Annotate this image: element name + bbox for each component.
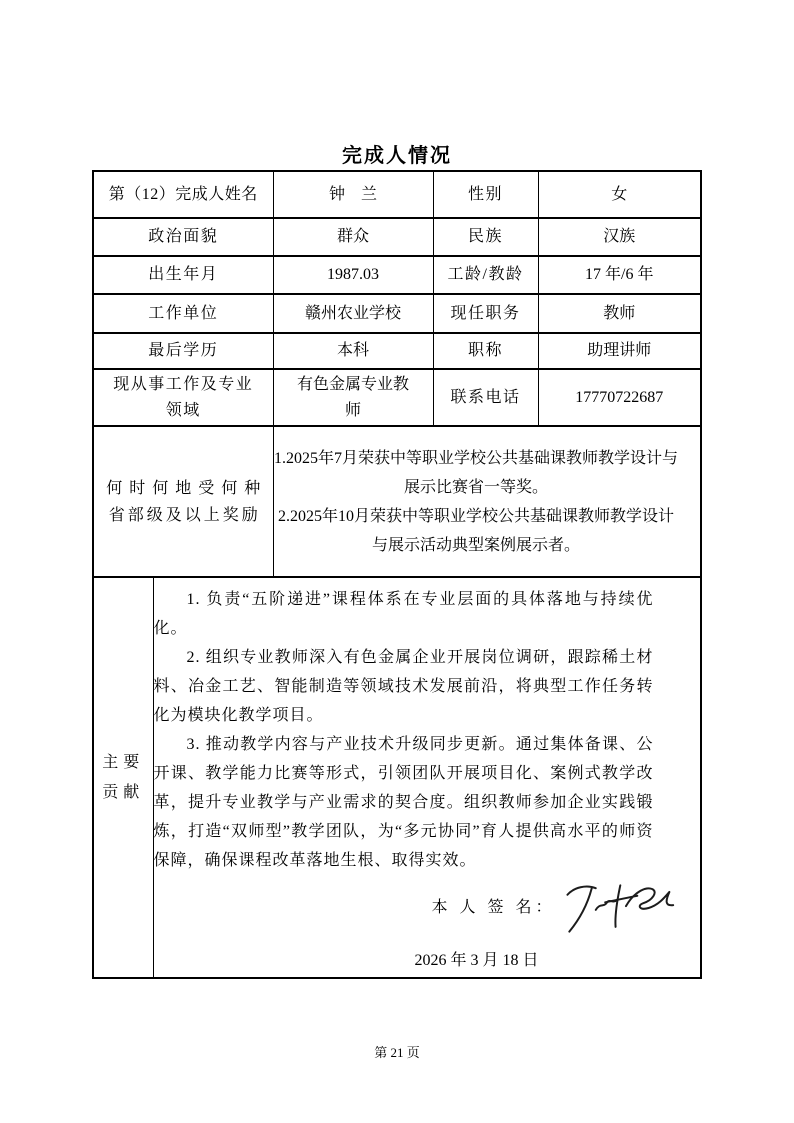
table-row: 政治面貌 群众 民族 汉族 (93, 218, 701, 256)
table-row: 现从事工作及专业领域 有色金属专业教师 联系电话 17770722687 (93, 369, 701, 426)
signature-date: 2026 年 3 月 18 日 (414, 948, 538, 974)
field-label: 民族 (433, 218, 538, 256)
field-label: 联系电话 (433, 369, 538, 426)
awards-list: 1.2025年7月荣获中等职业学校公共基础课教师教学设计与展示比赛省一等奖。 2… (274, 444, 679, 560)
table-row: 最后学历 本科 职称 助理讲师 (93, 333, 701, 369)
field-value: 女 (538, 171, 701, 218)
field-label: 现从事工作及专业领域 (93, 369, 273, 426)
field-value: 钟 兰 (273, 171, 433, 218)
contribution-paragraph: 1. 负责“五阶递进”课程体系在专业层面的具体落地与持续优化。 (154, 585, 654, 643)
awards-row: 何时何地受何种 省部级及以上奖励 1.2025年7月荣获中等职业学校公共基础课教… (93, 426, 701, 577)
field-label: 最后学历 (93, 333, 273, 369)
awards-label-line: 省部级及以上奖励 (94, 502, 273, 529)
award-item: 2.2025年10月荣获中等职业学校公共基础课教师教学设计与展示活动典型案例展示… (274, 502, 679, 560)
field-label: 工作单位 (93, 294, 273, 333)
contributions-row: 主要贡献 1. 负责“五阶递进”课程体系在专业层面的具体落地与持续优化。 2. … (93, 577, 701, 978)
field-label: 工龄/教龄 (433, 256, 538, 294)
contributions-label-text: 主要贡献 (97, 748, 149, 808)
field-value: 赣州农业学校 (273, 294, 433, 333)
field-value: 1987.03 (273, 256, 433, 294)
document-page: 完成人情况 第（12）完成人姓名 钟 兰 性别 女 政治面貌 群众 民族 汉族 … (0, 0, 794, 1123)
page-title: 完成人情况 (0, 139, 794, 168)
field-value: 17 年/6 年 (538, 256, 701, 294)
handwritten-signature-scrawl (558, 879, 676, 937)
field-label: 出生年月 (93, 256, 273, 294)
field-value: 本科 (273, 333, 433, 369)
signature-row: 本 人 签 名： (431, 879, 675, 937)
field-value: 教师 (538, 294, 701, 333)
field-value: 助理讲师 (538, 333, 701, 369)
signature-label: 本 人 签 名： (431, 895, 555, 921)
table-row: 第（12）完成人姓名 钟 兰 性别 女 (93, 171, 701, 218)
table-row: 工作单位 赣州农业学校 现任职务 教师 (93, 294, 701, 333)
field-value-text: 有色金属专业教师 (292, 372, 414, 424)
info-table: 第（12）完成人姓名 钟 兰 性别 女 政治面貌 群众 民族 汉族 出生年月 1… (92, 170, 702, 979)
field-value: 群众 (273, 218, 433, 256)
contributions-body: 1. 负责“五阶递进”课程体系在专业层面的具体落地与持续优化。 2. 组织专业教… (154, 585, 654, 970)
awards-content: 1.2025年7月荣获中等职业学校公共基础课教师教学设计与展示比赛省一等奖。 2… (273, 426, 701, 577)
awards-label: 何时何地受何种 省部级及以上奖励 (93, 426, 273, 577)
field-value: 有色金属专业教师 (273, 369, 433, 426)
field-value: 汉族 (538, 218, 701, 256)
contribution-paragraph: 3. 推动教学内容与产业技术升级同步更新。通过集体备课、公开课、教学能力比赛等形… (154, 730, 654, 875)
page-number-footer: 第 21 页 (0, 1042, 794, 1061)
contribution-paragraph: 2. 组织专业教师深入有色金属企业开展岗位调研，跟踪稀土材料、冶金工艺、智能制造… (154, 643, 654, 730)
field-label-text: 现从事工作及专业领域 (109, 372, 257, 424)
award-item: 1.2025年7月荣获中等职业学校公共基础课教师教学设计与展示比赛省一等奖。 (274, 444, 679, 502)
contributions-label: 主要贡献 (93, 577, 153, 978)
field-label: 性别 (433, 171, 538, 218)
field-value: 17770722687 (538, 369, 701, 426)
field-label: 第（12）完成人姓名 (93, 171, 273, 218)
awards-label-line: 何时何地受何种 (94, 475, 273, 502)
field-label: 职称 (433, 333, 538, 369)
table-row: 出生年月 1987.03 工龄/教龄 17 年/6 年 (93, 256, 701, 294)
contributions-content: 1. 负责“五阶递进”课程体系在专业层面的具体落地与持续优化。 2. 组织专业教… (153, 577, 701, 978)
field-label: 现任职务 (433, 294, 538, 333)
field-label: 政治面貌 (93, 218, 273, 256)
